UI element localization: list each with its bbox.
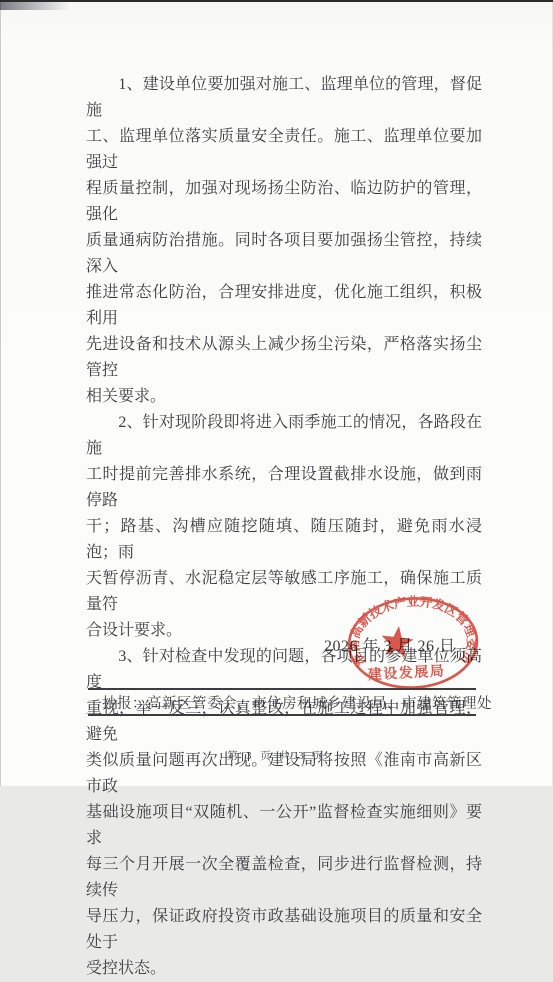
- cc-recipients-line: 抄报：高新区管委会、市住房和城乡建设局、市建筑管理处: [102, 692, 482, 713]
- page-number: 第 3 页 共 3 页: [0, 748, 553, 763]
- svg-text:淮南高新技术产业开发区管理委员会: 淮南高新技术产业开发区管理委员会: [342, 590, 482, 674]
- scan-edge-shadow: [0, 2, 70, 10]
- star-icon: [381, 625, 414, 659]
- footer-rule-bottom: [88, 714, 476, 716]
- paragraph-1: 1、建设单位要加强对施工、监理单位的管理，督促施 工、监理单位落实质量安全责任。…: [86, 72, 482, 410]
- seal-arc-text: 淮南高新技术产业开发区管理委员会: [342, 590, 482, 674]
- official-seal: 淮南高新技术产业开发区管理委员会 建设发展局: [342, 590, 485, 695]
- footer-rule-top: [88, 688, 476, 690]
- scanned-document-page: 1、建设单位要加强对施工、监理单位的管理，督促施 工、监理单位落实质量安全责任。…: [0, 0, 553, 786]
- seal-bottom-text: 建设发展局: [367, 662, 445, 683]
